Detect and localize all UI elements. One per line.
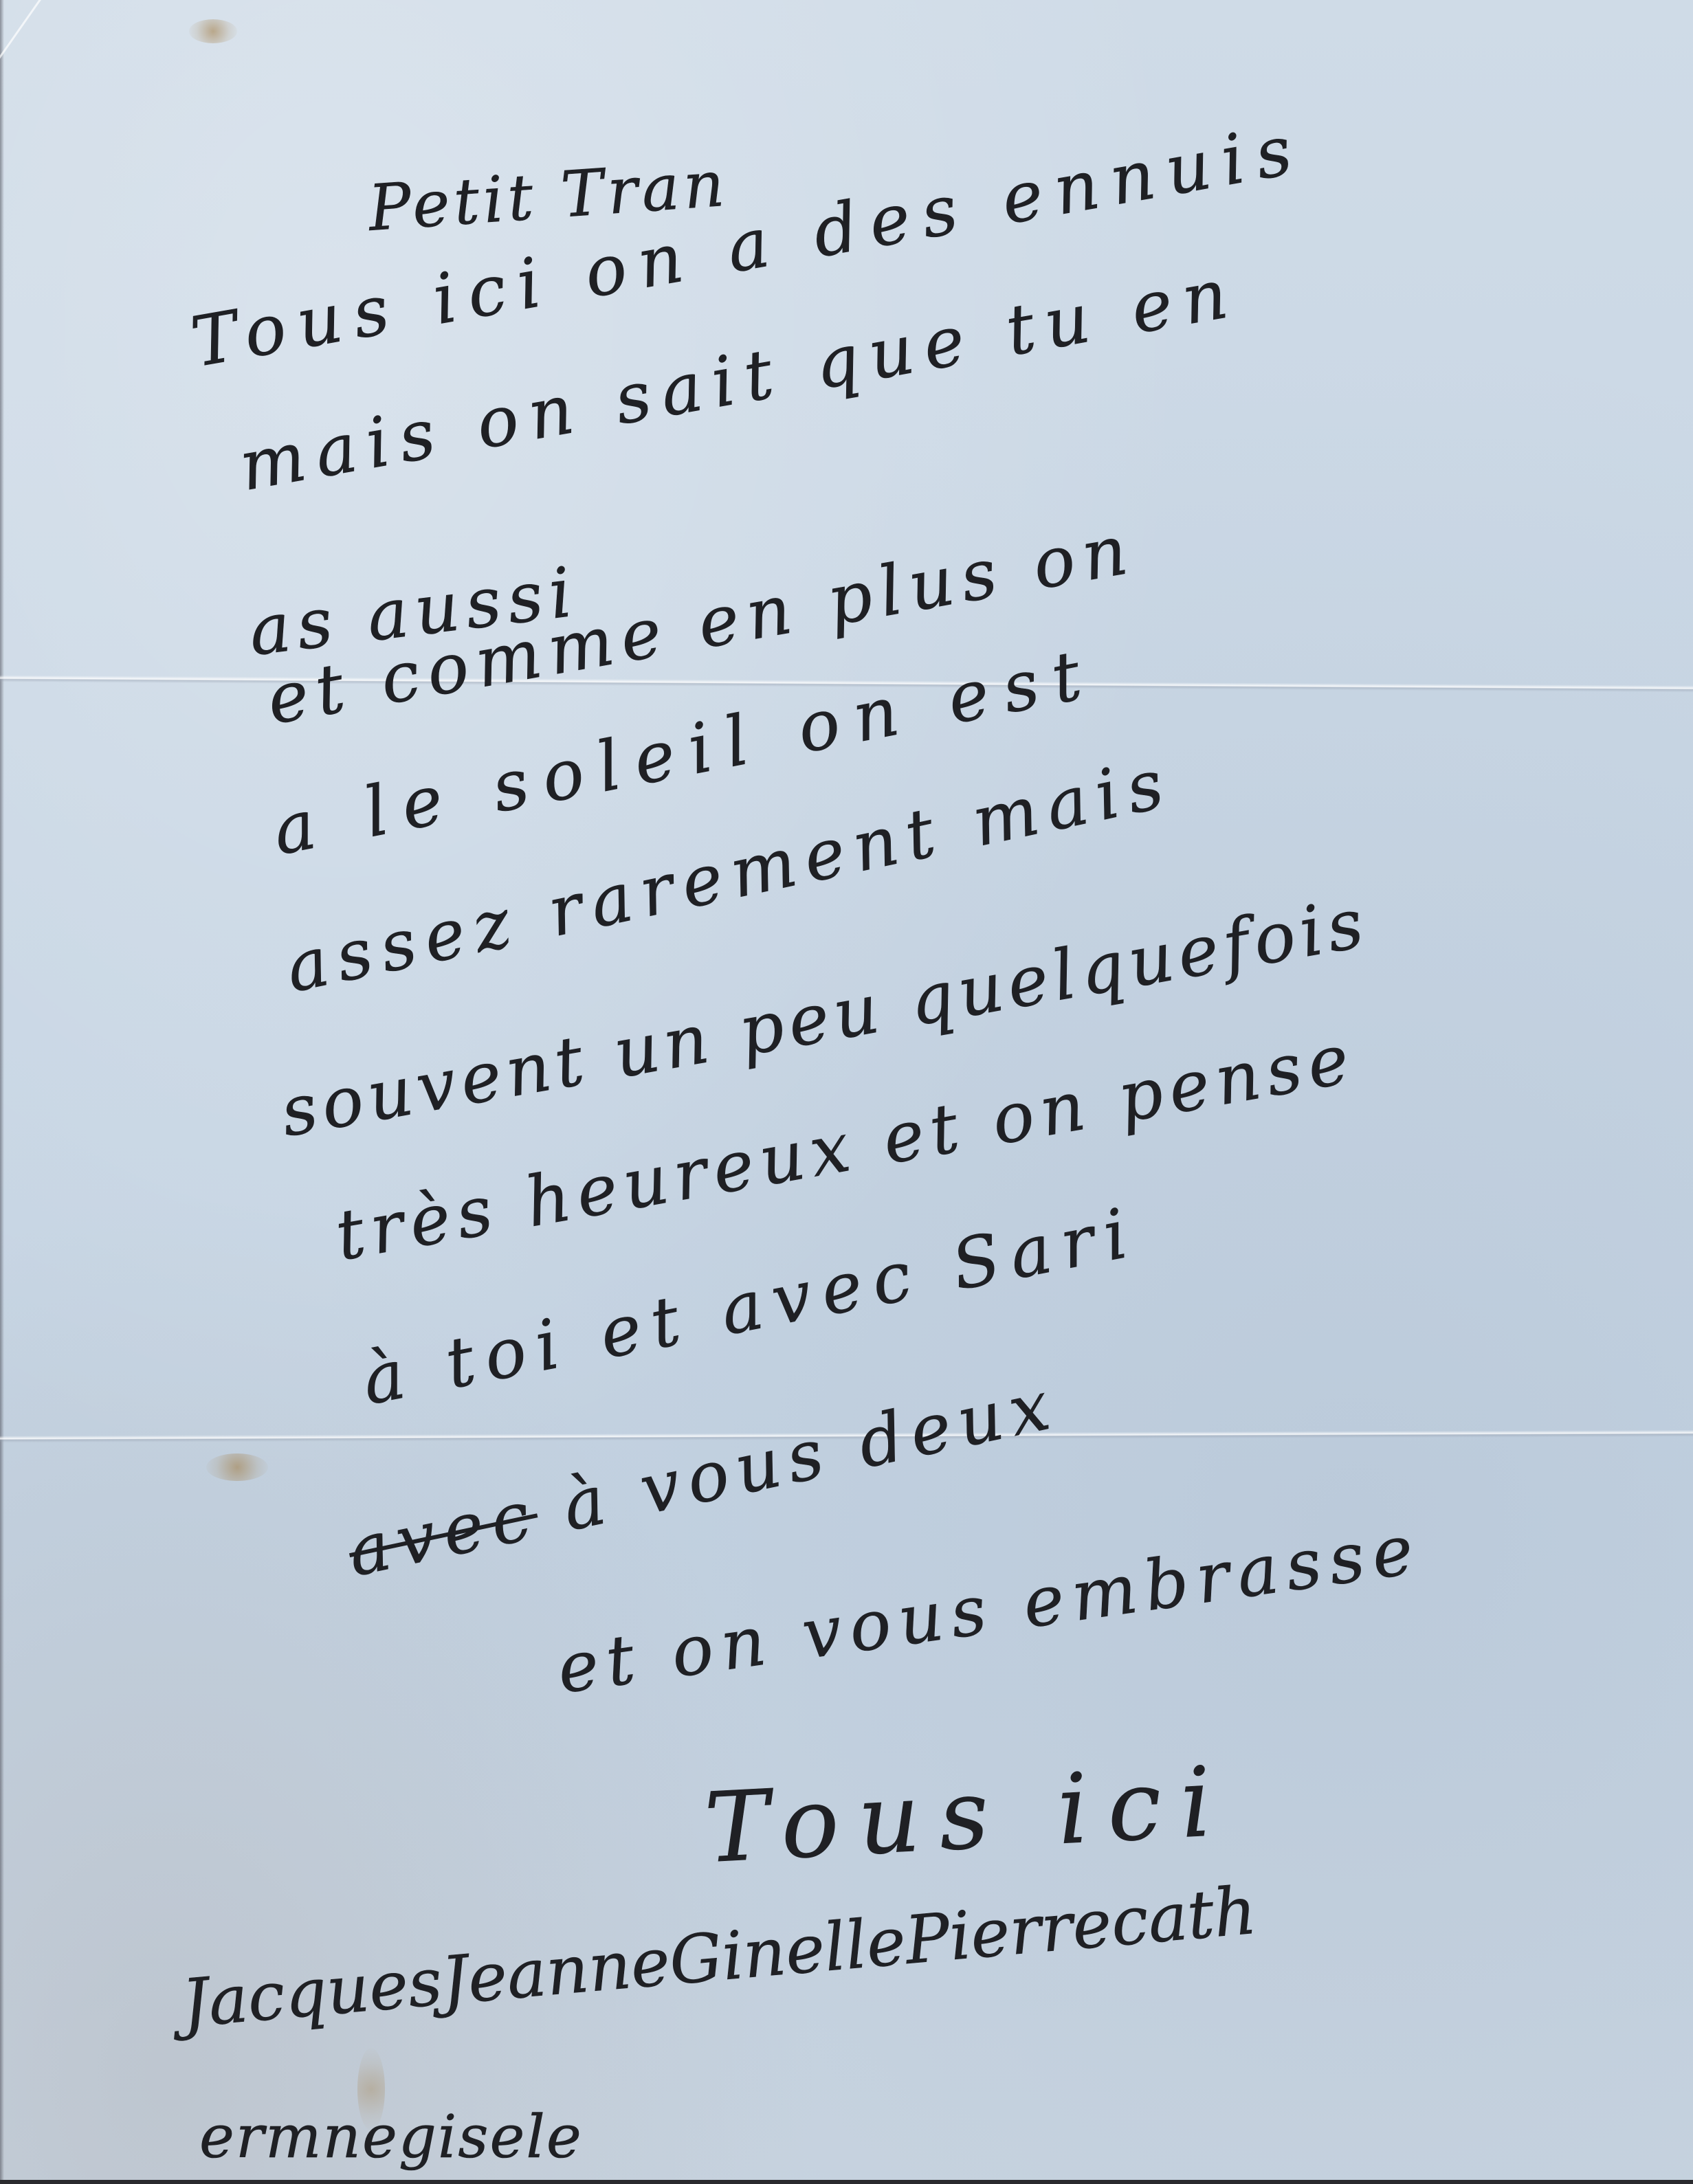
line-text: à vous deux (555, 1363, 1064, 1547)
corner-crease (0, 0, 86, 77)
word-gap (542, 1530, 568, 1536)
letter-page: Petit Tran Tous ici on a des ennuis mais… (0, 0, 1693, 2184)
signature-line-1: JacquesJeanneGinellePierrecath (179, 1872, 1259, 2042)
page-edge-shadow (0, 0, 4, 2184)
letter-line-11: et on vous embrasse (553, 1508, 1426, 1709)
stain-left (206, 1453, 268, 1481)
stain-top (189, 19, 237, 43)
page-bottom-edge (0, 2180, 1693, 2184)
signature-line-2: ermnegisele (199, 2103, 583, 2172)
letter-closing: Tous ici (702, 1746, 1233, 1885)
struck-word: avec (341, 1473, 546, 1592)
